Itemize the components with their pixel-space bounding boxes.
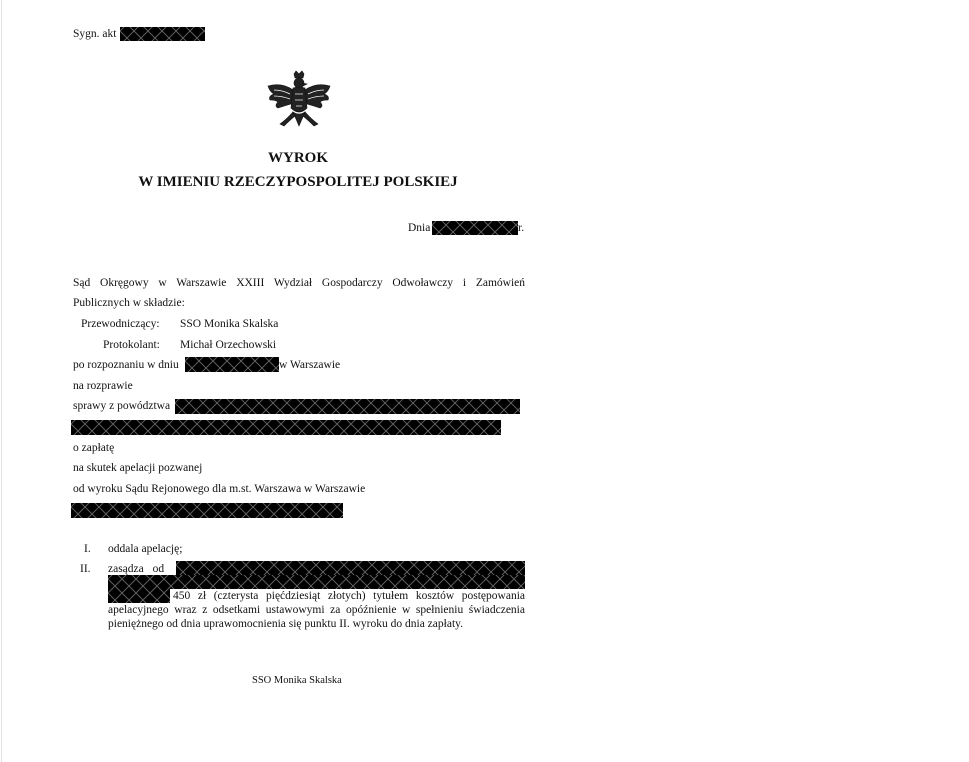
ruling-1-text: oddala apelację;	[108, 542, 182, 556]
panel-role-clerk: Protokolant:	[103, 338, 160, 352]
polish-eagle-emblem-icon	[264, 70, 334, 140]
hearing-suffix: w Warszawie	[279, 358, 340, 372]
date-prefix: Dnia	[408, 221, 430, 235]
redacted-defendant	[71, 420, 501, 435]
ruling-2-prefix: zasądza od	[108, 562, 164, 576]
redacted-lower-court-case	[71, 503, 343, 518]
court-line-2: Publicznych w składzie:	[73, 296, 185, 310]
hearing-prefix: po rozpoznaniu w dniu	[73, 358, 179, 372]
redacted-date	[432, 221, 518, 235]
redacted-party-line-2	[108, 575, 525, 589]
subject: o zapłatę	[73, 441, 114, 455]
redacted-claimant	[175, 399, 520, 414]
panel-name-clerk: Michał Orzechowski	[180, 338, 276, 352]
panel-role-chair: Przewodniczący:	[81, 317, 160, 331]
redacted-party-line-3	[108, 589, 170, 603]
lower-court: od wyroku Sądu Rejonowego dla m.st. Wars…	[73, 482, 365, 496]
redacted-case-number	[120, 27, 205, 41]
redacted-party-line-1	[176, 561, 525, 575]
case-ref-label: Sygn. akt	[73, 27, 116, 41]
court-line-1: Sąd Okręgowy w Warszawie XXIII Wydział G…	[73, 276, 525, 290]
ruling-1-numeral: I.	[84, 542, 91, 556]
date-suffix: r.	[518, 221, 524, 235]
ruling-2-line-3: pieniężnego od dnia uprawomocnienia się …	[108, 617, 463, 631]
page-edge	[1, 0, 2, 762]
ruling-2-line-1: 450 zł (czterysta pięćdziesiąt złotych) …	[173, 589, 525, 603]
ruling-2-numeral: II.	[80, 562, 91, 576]
document-title: WYROK	[128, 149, 468, 167]
document-subtitle: W IMIENIU RZECZYPOSPOLITEJ POLSKIEJ	[118, 173, 478, 191]
ruling-2-line-2: apelacyjnego wraz z odsetkami ustawowymi…	[108, 603, 525, 617]
appeal-basis: na skutek apelacji pozwanej	[73, 461, 202, 475]
judge-signature: SSO Monika Skalska	[252, 674, 342, 688]
claim-prefix: sprawy z powództwa	[73, 399, 170, 413]
redacted-hearing-date	[185, 357, 279, 372]
panel-name-chair: SSO Monika Skalska	[180, 317, 278, 331]
session-type: na rozprawie	[73, 379, 133, 393]
